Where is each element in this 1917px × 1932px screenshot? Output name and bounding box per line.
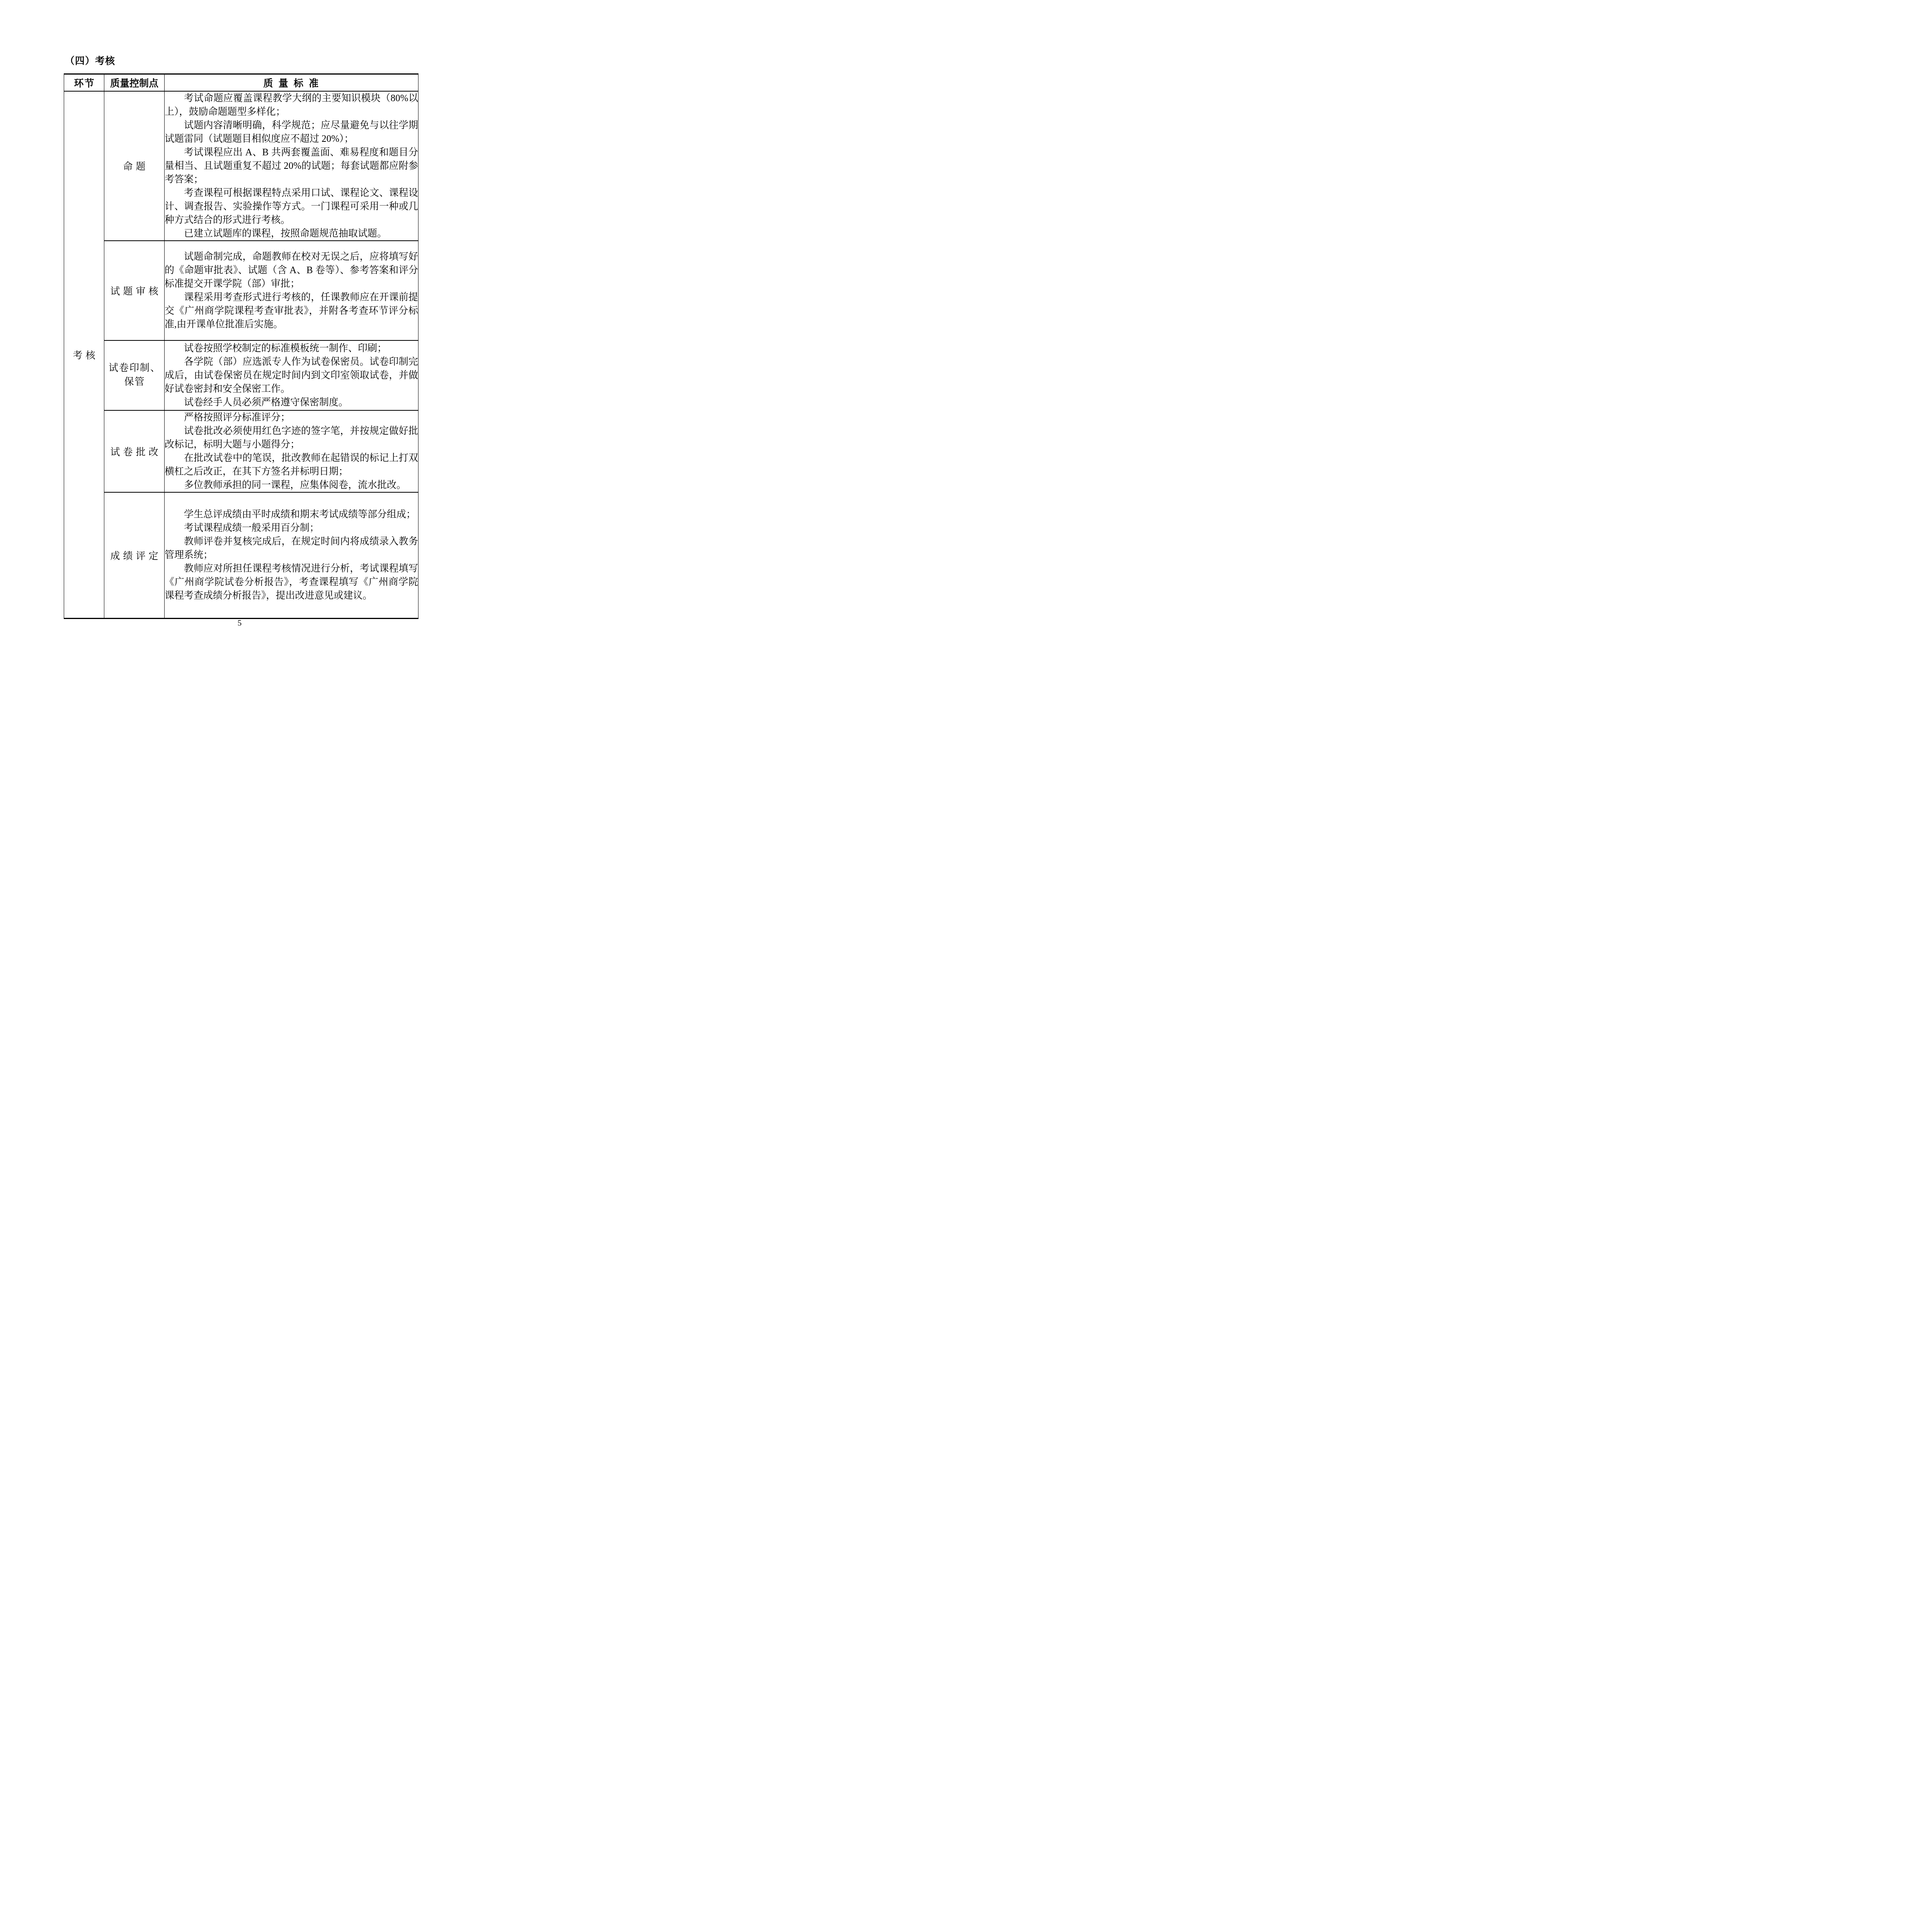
standard-paragraph: 考试课程成绩一般采用百分制； [165, 521, 418, 535]
control-point-grading: 试卷批改 [104, 410, 165, 492]
table-row: 试题审核 试题命制完成，命题教师在校对无误之后，应将填写好的《命题审批表》、试题… [64, 241, 418, 340]
standard-paragraph: 试卷经手人员必须严格遵守保密制度。 [165, 396, 418, 409]
control-point-review: 试题审核 [104, 241, 165, 340]
page-number: 5 [0, 617, 479, 628]
standard-paragraph: 在批改试卷中的笔误，批改教师在起错误的标记上打双横杠之后改正，在其下方签名并标明… [165, 451, 418, 478]
stage-label: 考核 [64, 91, 104, 619]
header-control-point: 质量控制点 [104, 74, 165, 91]
standards-proposition: 考试命题应覆盖课程教学大纲的主要知识模块（80%以上），鼓励命题题型多样化； 试… [165, 91, 418, 241]
standards-review: 试题命制完成，命题教师在校对无误之后，应将填写好的《命题审批表》、试题（含 A、… [165, 241, 418, 340]
standard-paragraph: 教师应对所担任课程考核情况进行分析，考试课程填写《广州商学院试卷分析报告》，考查… [165, 562, 418, 602]
table-row: 考核 命题 考试命题应覆盖课程教学大纲的主要知识模块（80%以上），鼓励命题题型… [64, 91, 418, 241]
standards-printing-storage: 试卷按照学校制定的标准模板统一制作、印刷； 各学院（部）应选派专人作为试卷保密员… [165, 340, 418, 410]
control-point-printing-storage: 试卷印制、 保管 [104, 340, 165, 410]
standard-paragraph: 各学院（部）应选派专人作为试卷保密员。试卷印制完成后，由试卷保密员在规定时间内到… [165, 355, 418, 396]
control-point-score-evaluation: 成绩评定 [104, 492, 165, 619]
document-page: （四）考核 环节 质量控制点 质 量 标 准 考核 [0, 0, 479, 678]
standard-paragraph: 试题命制完成，命题教师在校对无误之后，应将填写好的《命题审批表》、试题（含 A、… [165, 250, 418, 291]
standard-paragraph: 教师评卷并复核完成后，在规定时间内将成绩录入教务管理系统； [165, 535, 418, 562]
standards-score-evaluation: 学生总评成绩由平时成绩和期末考试成绩等部分组成； 考试课程成绩一般采用百分制； … [165, 492, 418, 619]
standard-paragraph: 考试课程应出 A、B 共两套覆盖面、难易程度和题目分量相当、且试题重复不超过 2… [165, 146, 418, 186]
standard-paragraph: 试卷按照学校制定的标准模板统一制作、印刷； [165, 342, 418, 355]
table-row: 试卷批改 严格按照评分标准评分； 试卷批改必须使用红色字迹的签字笔，并按规定做好… [64, 410, 418, 492]
standard-paragraph: 考试命题应覆盖课程教学大纲的主要知识模块（80%以上），鼓励命题题型多样化； [165, 92, 418, 119]
standard-paragraph: 已建立试题库的课程，按照命题规范抽取试题。 [165, 227, 418, 240]
table-header-row: 环节 质量控制点 质 量 标 准 [64, 74, 418, 91]
table-row: 成绩评定 学生总评成绩由平时成绩和期末考试成绩等部分组成； 考试课程成绩一般采用… [64, 492, 418, 619]
quality-control-table: 环节 质量控制点 质 量 标 准 考核 命题 考试命题应覆盖课程教学大纲 [64, 73, 418, 619]
header-standard: 质 量 标 准 [165, 74, 418, 91]
header-stage: 环节 [64, 74, 104, 91]
standard-paragraph: 试题内容清晰明确，科学规范；应尽量避免与以往学期试题雷同（试题题目相似度应不超过… [165, 119, 418, 146]
standard-paragraph: 学生总评成绩由平时成绩和期末考试成绩等部分组成； [165, 508, 418, 521]
standard-paragraph: 严格按照评分标准评分； [165, 411, 418, 424]
control-point-proposition: 命题 [104, 91, 165, 241]
standard-paragraph: 课程采用考查形式进行考核的，任课教师应在开课前提交《广州商学院课程考查审批表》，… [165, 291, 418, 331]
table-row: 试卷印制、 保管 试卷按照学校制定的标准模板统一制作、印刷； 各学院（部）应选派… [64, 340, 418, 410]
section-title: （四）考核 [65, 53, 115, 67]
standard-paragraph: 试卷批改必须使用红色字迹的签字笔，并按规定做好批改标记，标明大题与小题得分； [165, 424, 418, 451]
standard-paragraph: 考查课程可根据课程特点采用口试、课程论文、课程设计、调查报告、实验操作等方式。一… [165, 186, 418, 227]
standards-grading: 严格按照评分标准评分； 试卷批改必须使用红色字迹的签字笔，并按规定做好批改标记，… [165, 410, 418, 492]
standard-paragraph: 多位教师承担的同一课程，应集体阅卷，流水批改。 [165, 478, 418, 492]
